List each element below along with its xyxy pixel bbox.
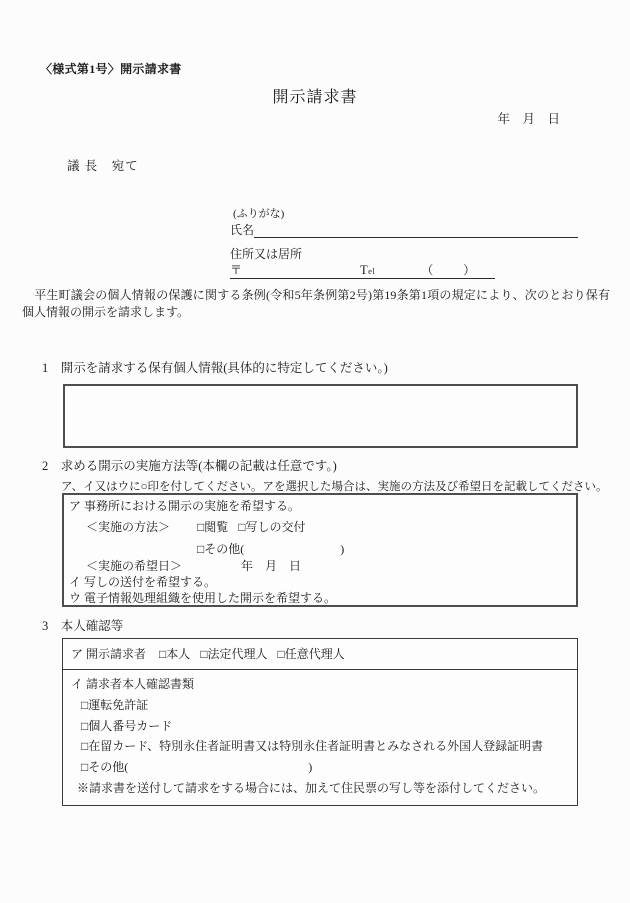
address-label: 住所又は居所: [230, 245, 302, 262]
checkbox-icon: □: [238, 520, 245, 535]
checkbox-view-label: 閲覧: [204, 520, 228, 534]
checkbox-residence-card[interactable]: □在留カード、特別永住者証明書又は特別永住者証明書とみなされる外国人登録証明書: [71, 736, 569, 757]
identity-documents-row: イ 請求者本人確認書類 □運転免許証 □個人番号カード □在留カード、特別永住者…: [63, 670, 577, 805]
option-b-mail-copy[interactable]: イ 写しの送付を希望する。: [69, 573, 216, 590]
checkbox-legal-representative-label: 法定代理人: [208, 647, 268, 661]
checkbox-view[interactable]: □閲覧: [197, 518, 228, 535]
checkbox-legal-representative[interactable]: □法定代理人: [200, 645, 267, 662]
checkbox-voluntary-representative[interactable]: □任意代理人: [278, 645, 345, 662]
checkbox-other-method[interactable]: □その他( ): [197, 540, 344, 557]
checkbox-icon: □: [278, 647, 285, 662]
disclosure-request-form: 〈様式第1号〉開示請求書 開示請求書 年 月 日 議 長 宛て (ふりがな) 氏…: [0, 0, 630, 903]
checkbox-other-document-label: その他( ): [88, 760, 312, 774]
identity-verification-box: ア 開示請求者 □本人 □法定代理人 □任意代理人 イ 請求者本人確認書類 □運…: [62, 638, 578, 806]
requester-type-row: ア 開示請求者 □本人 □法定代理人 □任意代理人: [63, 639, 577, 670]
checkbox-drivers-license-label: 運転免許証: [88, 698, 148, 712]
tel-label: Tel: [360, 263, 375, 278]
checkbox-self-label: 本人: [166, 647, 190, 661]
checkbox-copy[interactable]: □写しの交付: [238, 518, 305, 535]
checkbox-voluntary-representative-label: 任意代理人: [285, 647, 345, 661]
disclosure-method-box: ア 事務所における開示の実施を希望する。 ＜実施の方法＞ □閲覧 □写しの交付 …: [62, 493, 578, 607]
name-label: 氏名: [230, 221, 254, 238]
addressee-label: 議 長 宛て: [67, 156, 139, 174]
checkbox-drivers-license[interactable]: □運転免許証: [71, 695, 569, 716]
option-a-office-disclosure[interactable]: ア 事務所における開示の実施を希望する。: [69, 497, 300, 514]
checkbox-residence-card-label: 在留カード、特別永住者証明書又は特別永住者証明書とみなされる外国人登録証明書: [88, 739, 543, 753]
name-input-line[interactable]: [254, 221, 578, 238]
requested-info-input-box[interactable]: [63, 384, 578, 448]
requester-type-label: ア 開示請求者: [71, 647, 146, 661]
preferred-date-label: ＜実施の希望日＞: [86, 557, 182, 574]
checkbox-my-number-card[interactable]: □個人番号カード: [71, 716, 569, 737]
method-options: □閲覧 □写しの交付: [197, 518, 306, 535]
name-field-row: 氏名: [230, 221, 578, 238]
mailing-note: ※請求書を送付して請求をする場合には、加えて住民票の写し等を添付してください。: [71, 778, 569, 799]
identity-documents-header: イ 請求者本人確認書類: [71, 674, 569, 695]
intro-paragraph: 平生町議会の個人情報の保護に関する条例(令和5年条例第2号)第19条第1項の規定…: [22, 287, 610, 320]
checkbox-my-number-card-label: 個人番号カード: [88, 719, 172, 733]
section3-heading: 3 本人確認等: [42, 616, 123, 634]
option-c-electronic[interactable]: ウ 電子情報処理組織を使用した開示を希望する。: [69, 589, 336, 606]
form-code: 〈様式第1号〉開示請求書: [40, 60, 182, 77]
checkbox-other-label: その他( ): [204, 542, 344, 556]
preferred-date-field[interactable]: 年 月 日: [241, 557, 301, 574]
postal-tel-row[interactable]: 〒 Tel （ ）: [230, 261, 495, 279]
furigana-label: (ふりがな): [233, 205, 284, 221]
checkbox-self[interactable]: □本人: [159, 645, 190, 662]
method-label: ＜実施の方法＞: [86, 518, 170, 535]
page-title: 開示請求書: [0, 84, 630, 107]
section2-instruction: ア、イ又はウに○印を付してください。アを選択した場合は、実施の方法及び希望日を記…: [61, 478, 608, 494]
section2-heading: 2 求める開示の実施方法等(本欄の記載は任意です。): [42, 456, 337, 474]
checkbox-copy-label: 写しの交付: [246, 520, 306, 534]
tel-area-code-parens[interactable]: （ ）: [421, 261, 477, 278]
postal-mark: 〒: [230, 261, 242, 278]
checkbox-other-document[interactable]: □その他( ): [71, 757, 569, 778]
section1-heading: 1 開示を請求する保有個人情報(具体的に特定してください。): [42, 358, 388, 376]
checkbox-icon: □: [200, 647, 207, 662]
date-field[interactable]: 年 月 日: [497, 109, 560, 127]
